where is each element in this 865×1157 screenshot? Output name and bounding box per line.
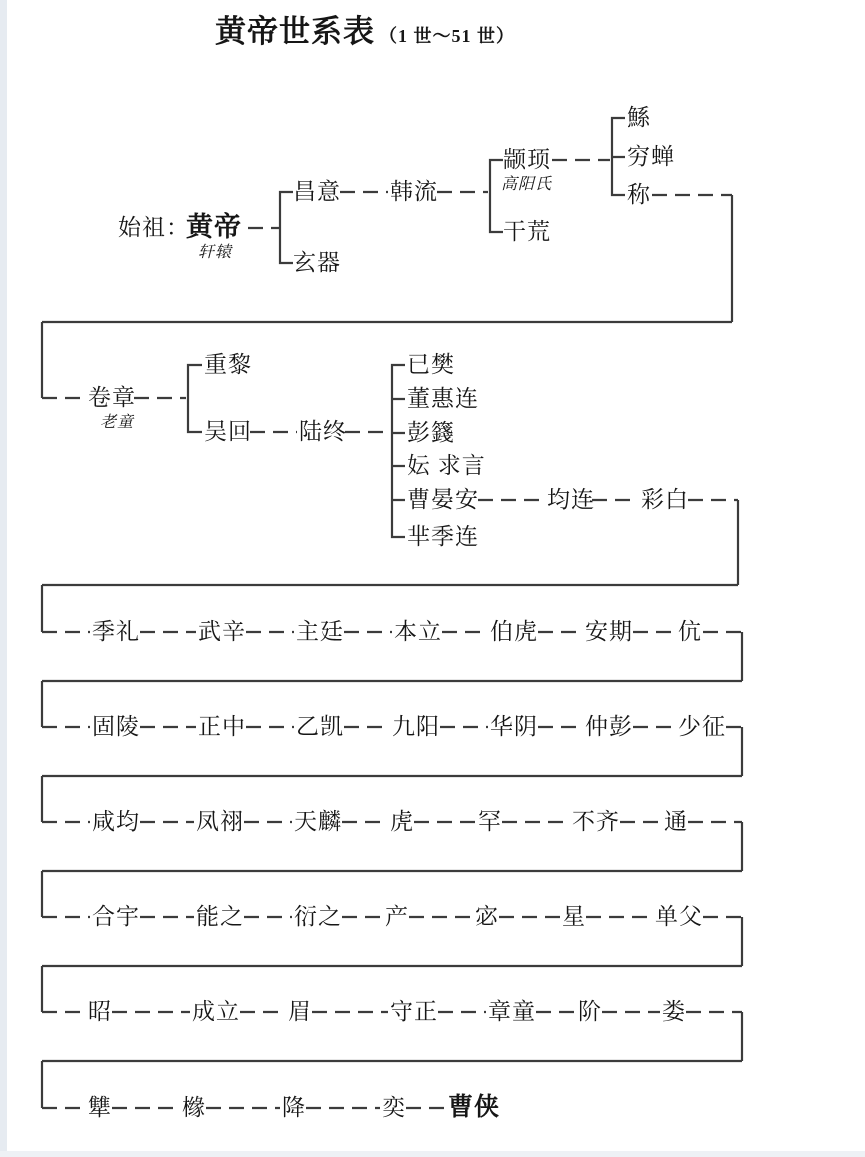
node-caibai: 彩白	[641, 487, 689, 513]
node-benli: 本立	[394, 619, 442, 645]
node-xianjun: 咸均	[92, 809, 140, 835]
node-huayin: 华阴	[490, 714, 538, 740]
node-juanzhang: 卷章	[88, 385, 136, 411]
node-caoyanan: 曹晏安	[407, 487, 479, 513]
node-heyu: 合宇	[92, 904, 140, 930]
node-qiongchan: 穷蝉	[627, 144, 675, 170]
node-chan: 产	[385, 904, 409, 930]
node-yi: 奕	[382, 1095, 406, 1121]
node-anqi: 安期	[585, 619, 633, 645]
node-zhuanxu: 颛顼	[503, 147, 551, 173]
node-lou: 娄	[662, 999, 686, 1025]
node-tianlin: 天麟	[294, 809, 342, 835]
node-gun: 鯀	[627, 105, 651, 131]
node-shouzheng: 守正	[390, 999, 438, 1025]
node-shanfu: 单父	[655, 904, 703, 930]
node-buqi: 不齐	[572, 809, 620, 835]
node-guling: 固陵	[92, 714, 140, 740]
node-zhongli: 重黎	[204, 352, 252, 378]
founder-prefix-label: 始祖：	[118, 215, 190, 241]
node-zhengzhong: 正中	[198, 714, 246, 740]
node-pengjian: 彭籛	[407, 420, 455, 446]
node-yuan: 橼	[182, 1095, 206, 1121]
genealogy-connectors	[0, 0, 865, 1157]
node-zhongpeng: 仲彭	[585, 714, 633, 740]
node-donghuilian: 董惠连	[407, 386, 479, 412]
node-changyi: 昌意	[293, 179, 341, 205]
node-yunqiuyan: 妘 求言	[407, 453, 486, 479]
node-bohu: 伯虎	[490, 619, 538, 645]
node-junlian: 均连	[547, 487, 595, 513]
node-wuxin: 武辛	[198, 619, 246, 645]
node-chou: 犨	[88, 1095, 112, 1121]
node-zhuanxu-altname: 高阳氏	[501, 176, 552, 194]
node-ganhuang: 干荒	[503, 219, 551, 245]
node-huangdi: 黄帝	[186, 212, 242, 242]
node-yifan: 已樊	[407, 352, 455, 378]
node-chengli: 成立	[192, 999, 240, 1025]
node-mi: 宓	[475, 904, 499, 930]
node-luzhong: 陆终	[299, 419, 347, 445]
node-zhao: 昭	[88, 999, 112, 1025]
node-xuanqi: 玄器	[293, 250, 341, 276]
node-juanzhang-altname: 老童	[100, 414, 134, 432]
node-fengyu: 凤祤	[196, 809, 244, 835]
node-kang: 伉	[678, 619, 702, 645]
node-cheng: 称	[627, 182, 651, 208]
node-yikai: 乙凯	[296, 714, 344, 740]
node-hu: 虎	[390, 809, 414, 835]
node-tong: 通	[664, 809, 688, 835]
node-jili: 季礼	[92, 619, 140, 645]
node-xing: 星	[562, 904, 586, 930]
node-jiang: 降	[282, 1095, 306, 1121]
node-jie: 阶	[578, 999, 602, 1025]
node-mijilian: 芈季连	[407, 524, 479, 550]
node-caoxia: 曹侠	[448, 1093, 500, 1123]
node-han: 罕	[478, 809, 502, 835]
node-wuhui: 吴回	[204, 419, 252, 445]
node-yanzhi: 衍之	[294, 904, 342, 930]
genealogy-page: 黄帝世系表 （1 世～51 世） 始祖： 黄帝 轩辕 昌意 玄器 韩流 颛顼 高…	[0, 0, 865, 1157]
node-zhuting: 主廷	[296, 619, 344, 645]
node-jiuyang: 九阳	[392, 714, 440, 740]
node-hanliu: 韩流	[390, 179, 438, 205]
node-shaozheng: 少征	[678, 714, 726, 740]
node-huangdi-altname: 轩辕	[198, 244, 232, 262]
node-mei: 眉	[288, 999, 312, 1025]
node-nengzhi: 能之	[196, 904, 244, 930]
node-zhangtong: 章童	[488, 999, 536, 1025]
